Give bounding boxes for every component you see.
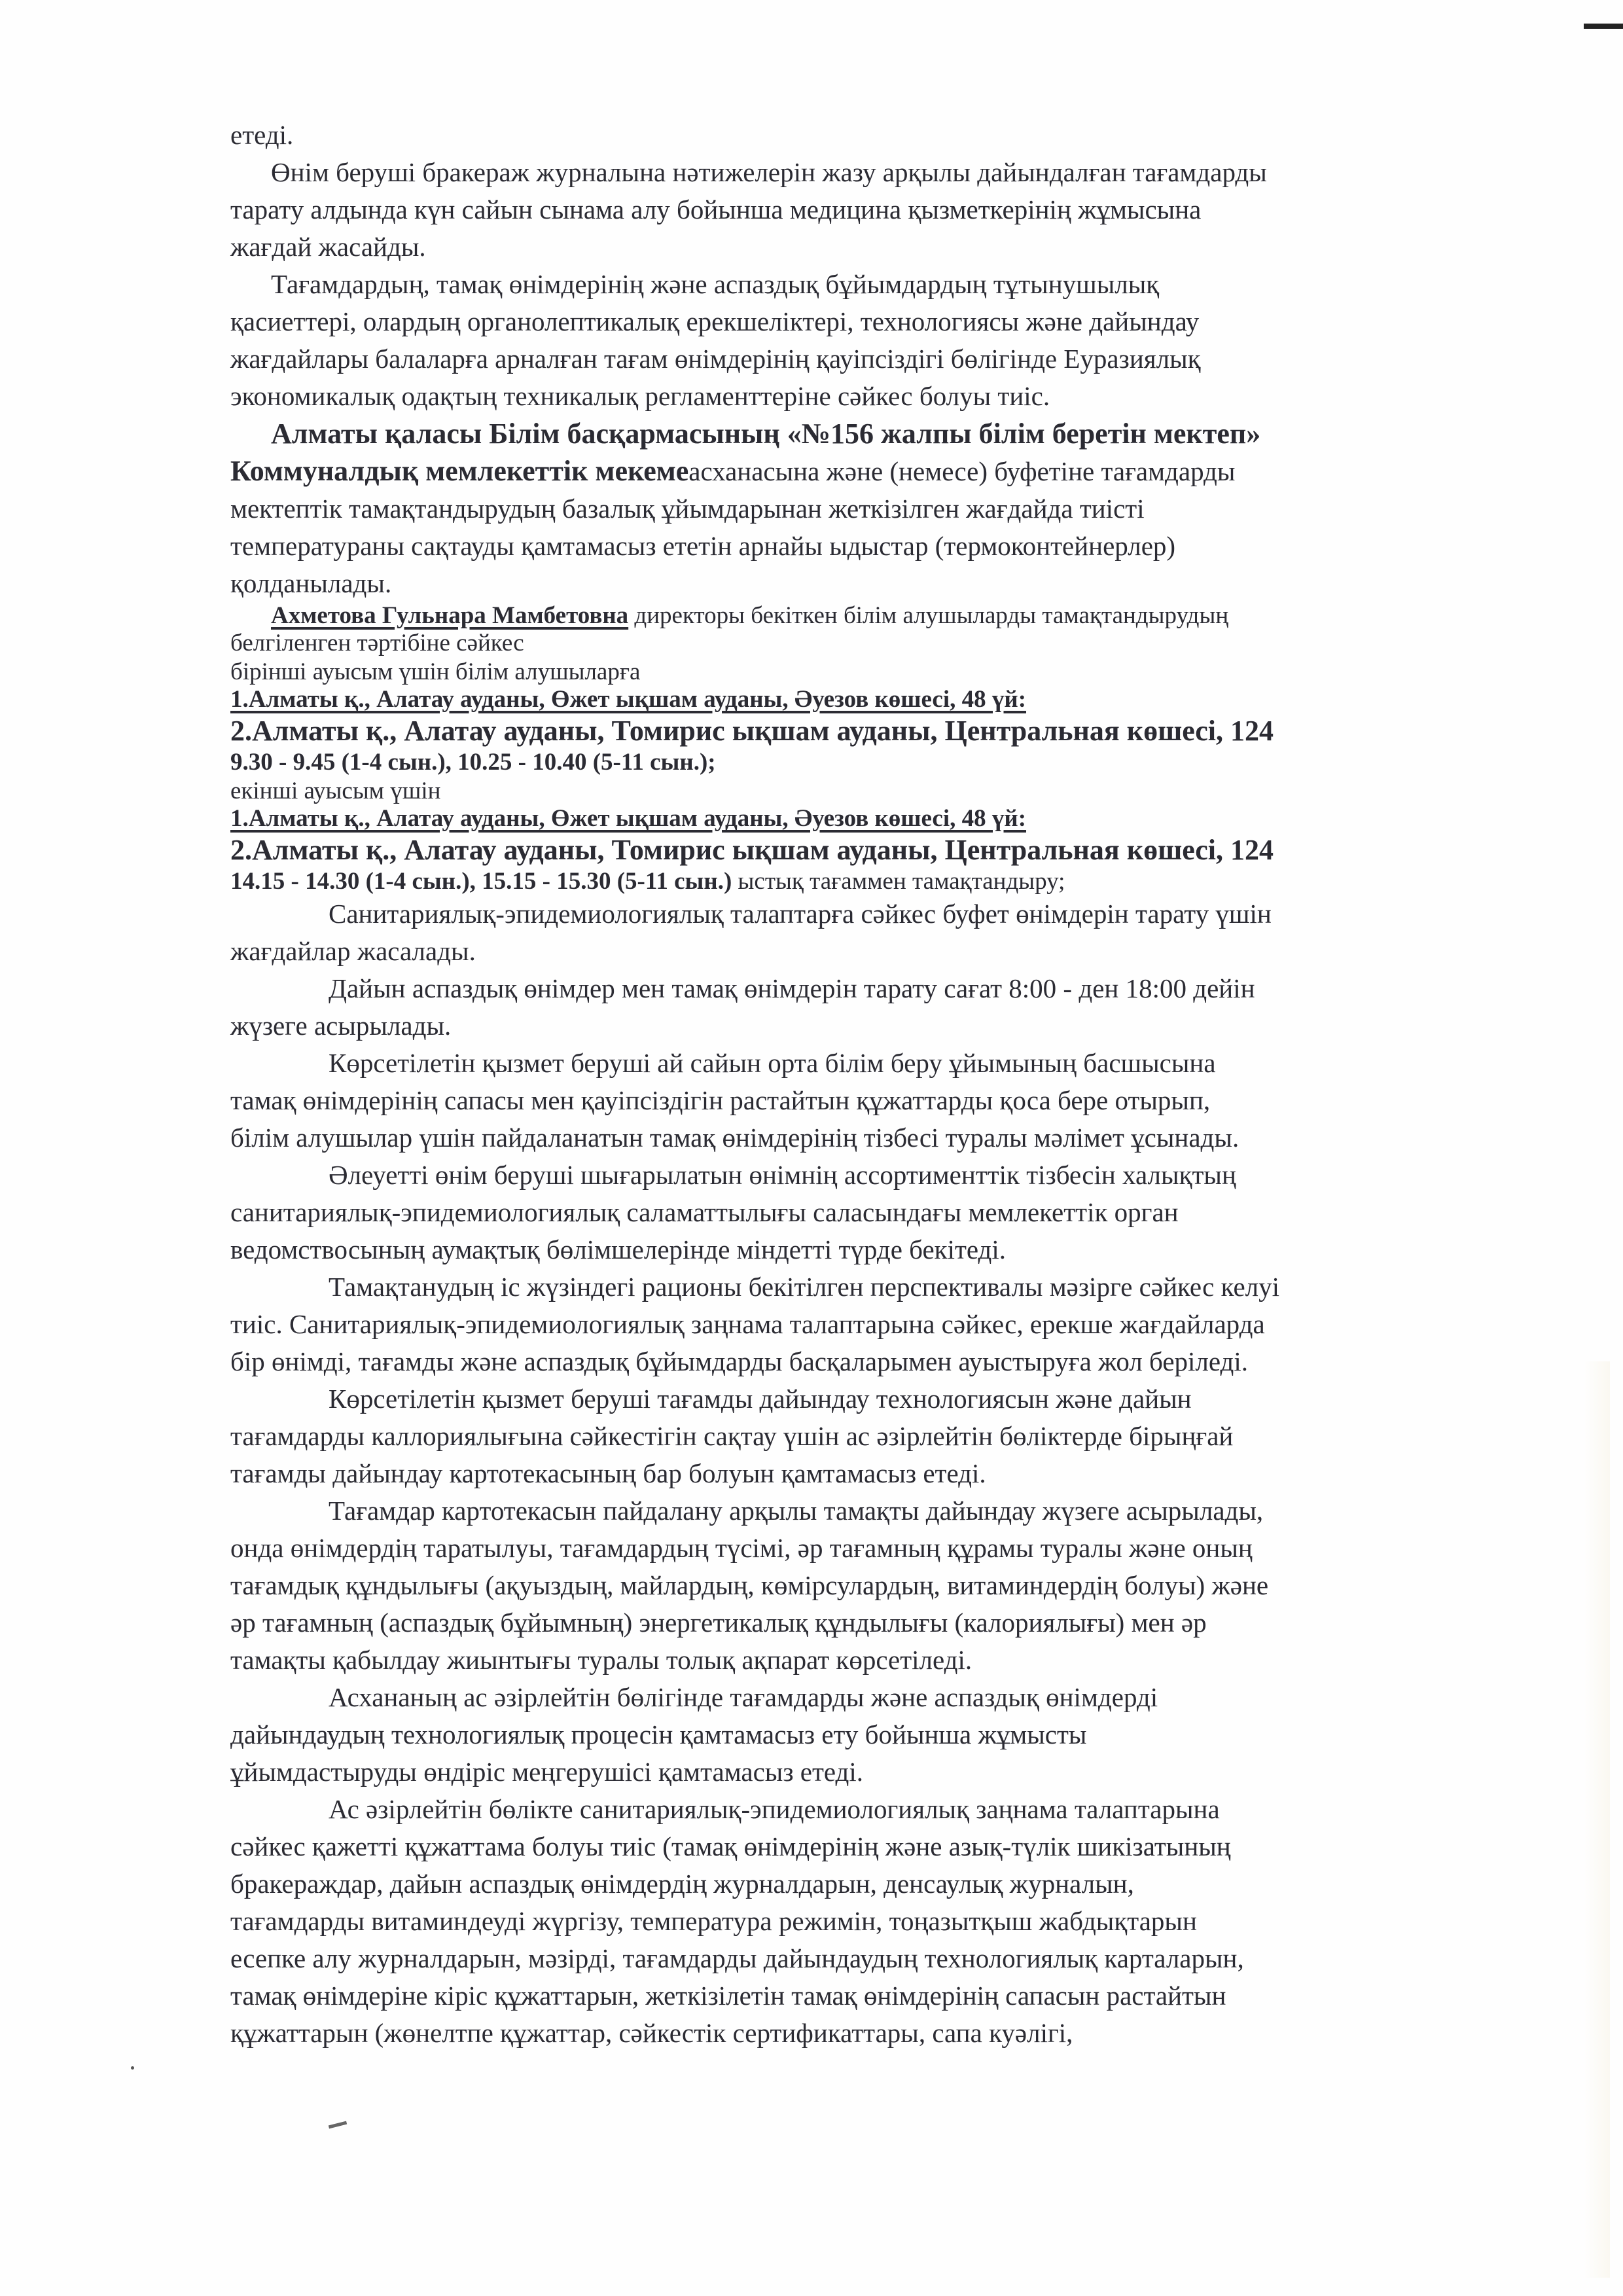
scan-speck <box>131 2066 134 2070</box>
school-name-line: Алматы қаласы Білім басқармасының «№156 … <box>230 415 1480 452</box>
shift-2-label: екінші ауысым үшін <box>230 778 1480 805</box>
shift-2-schedule: екінші ауысым үшін 1.Алматы қ., Алатау а… <box>230 778 1480 895</box>
text-line: етеді. <box>230 117 1480 154</box>
hot-meal-note: ыстық тағаммен тамақтандыру; <box>732 868 1065 895</box>
address-2: 2.Алматы қ., Алатау ауданы, Томирис ықша… <box>230 713 1480 749</box>
text-line: Көрсетілетін қызмет беруші тағамды дайын… <box>230 1380 1480 1418</box>
text-line: тамақ өнімдерінің сапасы мен қауіпсіздіг… <box>230 1082 1480 1119</box>
paragraph-b6: Көрсетілетін қызмет беруші тағамды дайын… <box>230 1380 1480 1492</box>
text-line: дайындаудың технологиялық процесін қамта… <box>230 1716 1480 1753</box>
paragraph-consumer-properties: Тағамдардың, тамақ өнімдерінің және аспа… <box>230 266 1480 415</box>
scan-edge-shade <box>1584 1361 1610 2278</box>
text-line: қолданылады. <box>230 565 1480 602</box>
text-line: ұйымдастыруды өндіріс меңгерушісі қамтам… <box>230 1753 1480 1791</box>
paragraph-b9: Ас әзірлейтін бөлікте санитариялық-эпиде… <box>230 1791 1480 2052</box>
text-line: Тамақтанудың іс жүзіндегі рационы бекіті… <box>230 1268 1480 1306</box>
document-page: етеді. Өнім беруші бракераж журналына нә… <box>230 117 1480 2052</box>
meal-times: 9.30 - 9.45 (1-4 сын.), 10.25 - 10.40 (5… <box>230 749 1480 776</box>
paragraph-school-institution: Алматы қаласы Білім басқармасының «№156 … <box>230 415 1480 602</box>
text-line: Дайын аспаздық өнімдер мен тамақ өнімдер… <box>230 970 1480 1007</box>
shift-2-times: 14.15 - 14.30 (1-4 сын.), 15.15 - 15.30 … <box>230 868 732 895</box>
paragraph-b1: Санитариялық-эпидемиологиялық талаптарға… <box>230 895 1480 970</box>
text-line: жағдайлары балаларға арналған тағам өнім… <box>230 340 1480 378</box>
text-line: бракераждар, дайын аспаздық өнімдердің ж… <box>230 1865 1480 1903</box>
text-line: тамақты қабылдау жиынтығы туралы толық а… <box>230 1641 1480 1679</box>
paragraph-product-supplier: Өнім беруші бракераж журналына нәтижелер… <box>230 154 1480 266</box>
text-line: Асхананың ас әзірлейтін бөлігінде тағамд… <box>230 1679 1480 1716</box>
text-fragment: асханасына және (немесе) буфетіне тағамд… <box>688 456 1235 486</box>
shift-1-schedule: бірінші ауысым үшін білім алушыларға 1.А… <box>230 658 1480 776</box>
text-line: Өнім беруші бракераж журналына нәтижелер… <box>230 154 1480 191</box>
shift-1-address-2: 2.Алматы қ., Алатау ауданы, Томирис ықша… <box>230 713 1480 749</box>
text-line: білім алушылар үшін пайдаланатын тамақ ө… <box>230 1119 1480 1157</box>
paragraph-b2: Дайын аспаздық өнімдер мен тамақ өнімдер… <box>230 970 1480 1045</box>
scan-corner-mark <box>1584 24 1623 29</box>
institution-type: Коммуналдық мемлекеттік мекеме <box>230 455 688 487</box>
paragraph-continuation: етеді. <box>230 117 1480 154</box>
paragraph-director: Ахметова Гульнара Мамбетовна директоры б… <box>230 602 1480 657</box>
scan-mark <box>329 2121 347 2129</box>
text-line: онда өнімдердің таратылуы, тағамдардың т… <box>230 1530 1480 1567</box>
text-line: бір өнімді, тағамды және аспаздық бұйымд… <box>230 1343 1480 1380</box>
shift-label: бірінші ауысым үшін білім алушыларға <box>230 658 1480 686</box>
text-line: жағдай жасайды. <box>230 228 1480 266</box>
text-line: тағамдарды витаминдеуді жүргізу, темпера… <box>230 1903 1480 1940</box>
paragraph-b7: Тағамдар картотекасын пайдалану арқылы т… <box>230 1492 1480 1679</box>
text-line: Тағамдар картотекасын пайдалану арқылы т… <box>230 1492 1480 1530</box>
text-line: әр тағамның (аспаздық бұйымның) энергети… <box>230 1604 1480 1641</box>
text-line: экономикалық одақтың техникалық регламен… <box>230 378 1480 415</box>
text-line: белгіленген тәртібіне сәйкес <box>230 630 1480 657</box>
text-line: құжаттарын (жөнелтпе құжаттар, сәйкестік… <box>230 2015 1480 2052</box>
text-line: Тағамдардың, тамақ өнімдерінің және аспа… <box>230 266 1480 303</box>
text-line: Коммуналдық мемлекеттік мекемеасханасына… <box>230 452 1480 490</box>
shift-1-times: 9.30 - 9.45 (1-4 сын.), 10.25 - 10.40 (5… <box>230 749 1480 776</box>
paragraph-b3: Көрсетілетін қызмет беруші ай сайын орта… <box>230 1045 1480 1157</box>
text-fragment: директоры бекіткен білім алушыларды тама… <box>628 602 1228 629</box>
address-1: 1.Алматы қ., Алатау ауданы, Өжет ықшам а… <box>230 686 1480 713</box>
text-line: жағдайлар жасалады. <box>230 933 1480 970</box>
shift-2-address-2: 2.Алматы қ., Алатау ауданы, Томирис ықша… <box>230 833 1480 868</box>
address-2: 2.Алматы қ., Алатау ауданы, Томирис ықша… <box>230 833 1480 868</box>
paragraph-b4: Әлеуетті өнім беруші шығарылатын өнімнің… <box>230 1157 1480 1268</box>
text-line: температураны сақтауды қамтамасыз ететін… <box>230 528 1480 565</box>
shift-1-label: бірінші ауысым үшін білім алушыларға <box>230 658 1480 686</box>
director-name: Ахметова Гульнара Мамбетовна <box>271 602 628 629</box>
text-line: тиіс. Санитариялық-эпидемиологиялық заңн… <box>230 1306 1480 1343</box>
text-line: Ас әзірлейтін бөлікте санитариялық-эпиде… <box>230 1791 1480 1828</box>
text-line: қасиеттері, олардың органолептикалық ере… <box>230 303 1480 340</box>
text-line: есепке алу журналдарын, мәзірді, тағамда… <box>230 1940 1480 1977</box>
meal-times: 14.15 - 14.30 (1-4 сын.), 15.15 - 15.30 … <box>230 868 1480 895</box>
text-line: жүзеге асырылады. <box>230 1007 1480 1045</box>
address-1: 1.Алматы қ., Алатау ауданы, Өжет ықшам а… <box>230 805 1480 833</box>
text-line: Санитариялық-эпидемиологиялық талаптарға… <box>230 895 1480 933</box>
text-line: тарату алдында күн сайын сынама алу бойы… <box>230 191 1480 228</box>
shift-2-address-1: 1.Алматы қ., Алатау ауданы, Өжет ықшам а… <box>230 805 1480 833</box>
paragraph-b5: Тамақтанудың іс жүзіндегі рационы бекіті… <box>230 1268 1480 1380</box>
paragraph-b8: Асхананың ас әзірлейтін бөлігінде тағамд… <box>230 1679 1480 1791</box>
body-paragraphs: Санитариялық-эпидемиологиялық талаптарға… <box>230 895 1480 2052</box>
text-line: тағамдық құндылығы (ақуыздың, майлардың,… <box>230 1567 1480 1604</box>
text-line: санитариялық-эпидемиологиялық саламаттыл… <box>230 1194 1480 1231</box>
text-line: 14.15 - 14.30 (1-4 сын.), 15.15 - 15.30 … <box>230 868 1480 895</box>
text-line: сәйкес қажетті құжаттама болуы тиіс (там… <box>230 1828 1480 1865</box>
text-line: Әлеуетті өнім беруші шығарылатын өнімнің… <box>230 1157 1480 1194</box>
text-line: Ахметова Гульнара Мамбетовна директоры б… <box>230 602 1480 630</box>
text-line: Көрсетілетін қызмет беруші ай сайын орта… <box>230 1045 1480 1082</box>
text-line: тағамдарды каллориялығына сәйкестігін са… <box>230 1418 1480 1455</box>
text-line: мектептік тамақтандырудың базалық ұйымда… <box>230 490 1480 528</box>
text-line: тамақ өнімдеріне кіріс құжаттарын, жеткі… <box>230 1977 1480 2015</box>
text-line: тағамды дайындау картотекасының бар болу… <box>230 1455 1480 1492</box>
text-line: ведомствосының аумақтық бөлімшелерінде м… <box>230 1231 1480 1268</box>
shift-1-address-1: 1.Алматы қ., Алатау ауданы, Өжет ықшам а… <box>230 686 1480 713</box>
shift-label: екінші ауысым үшін <box>230 778 1480 805</box>
